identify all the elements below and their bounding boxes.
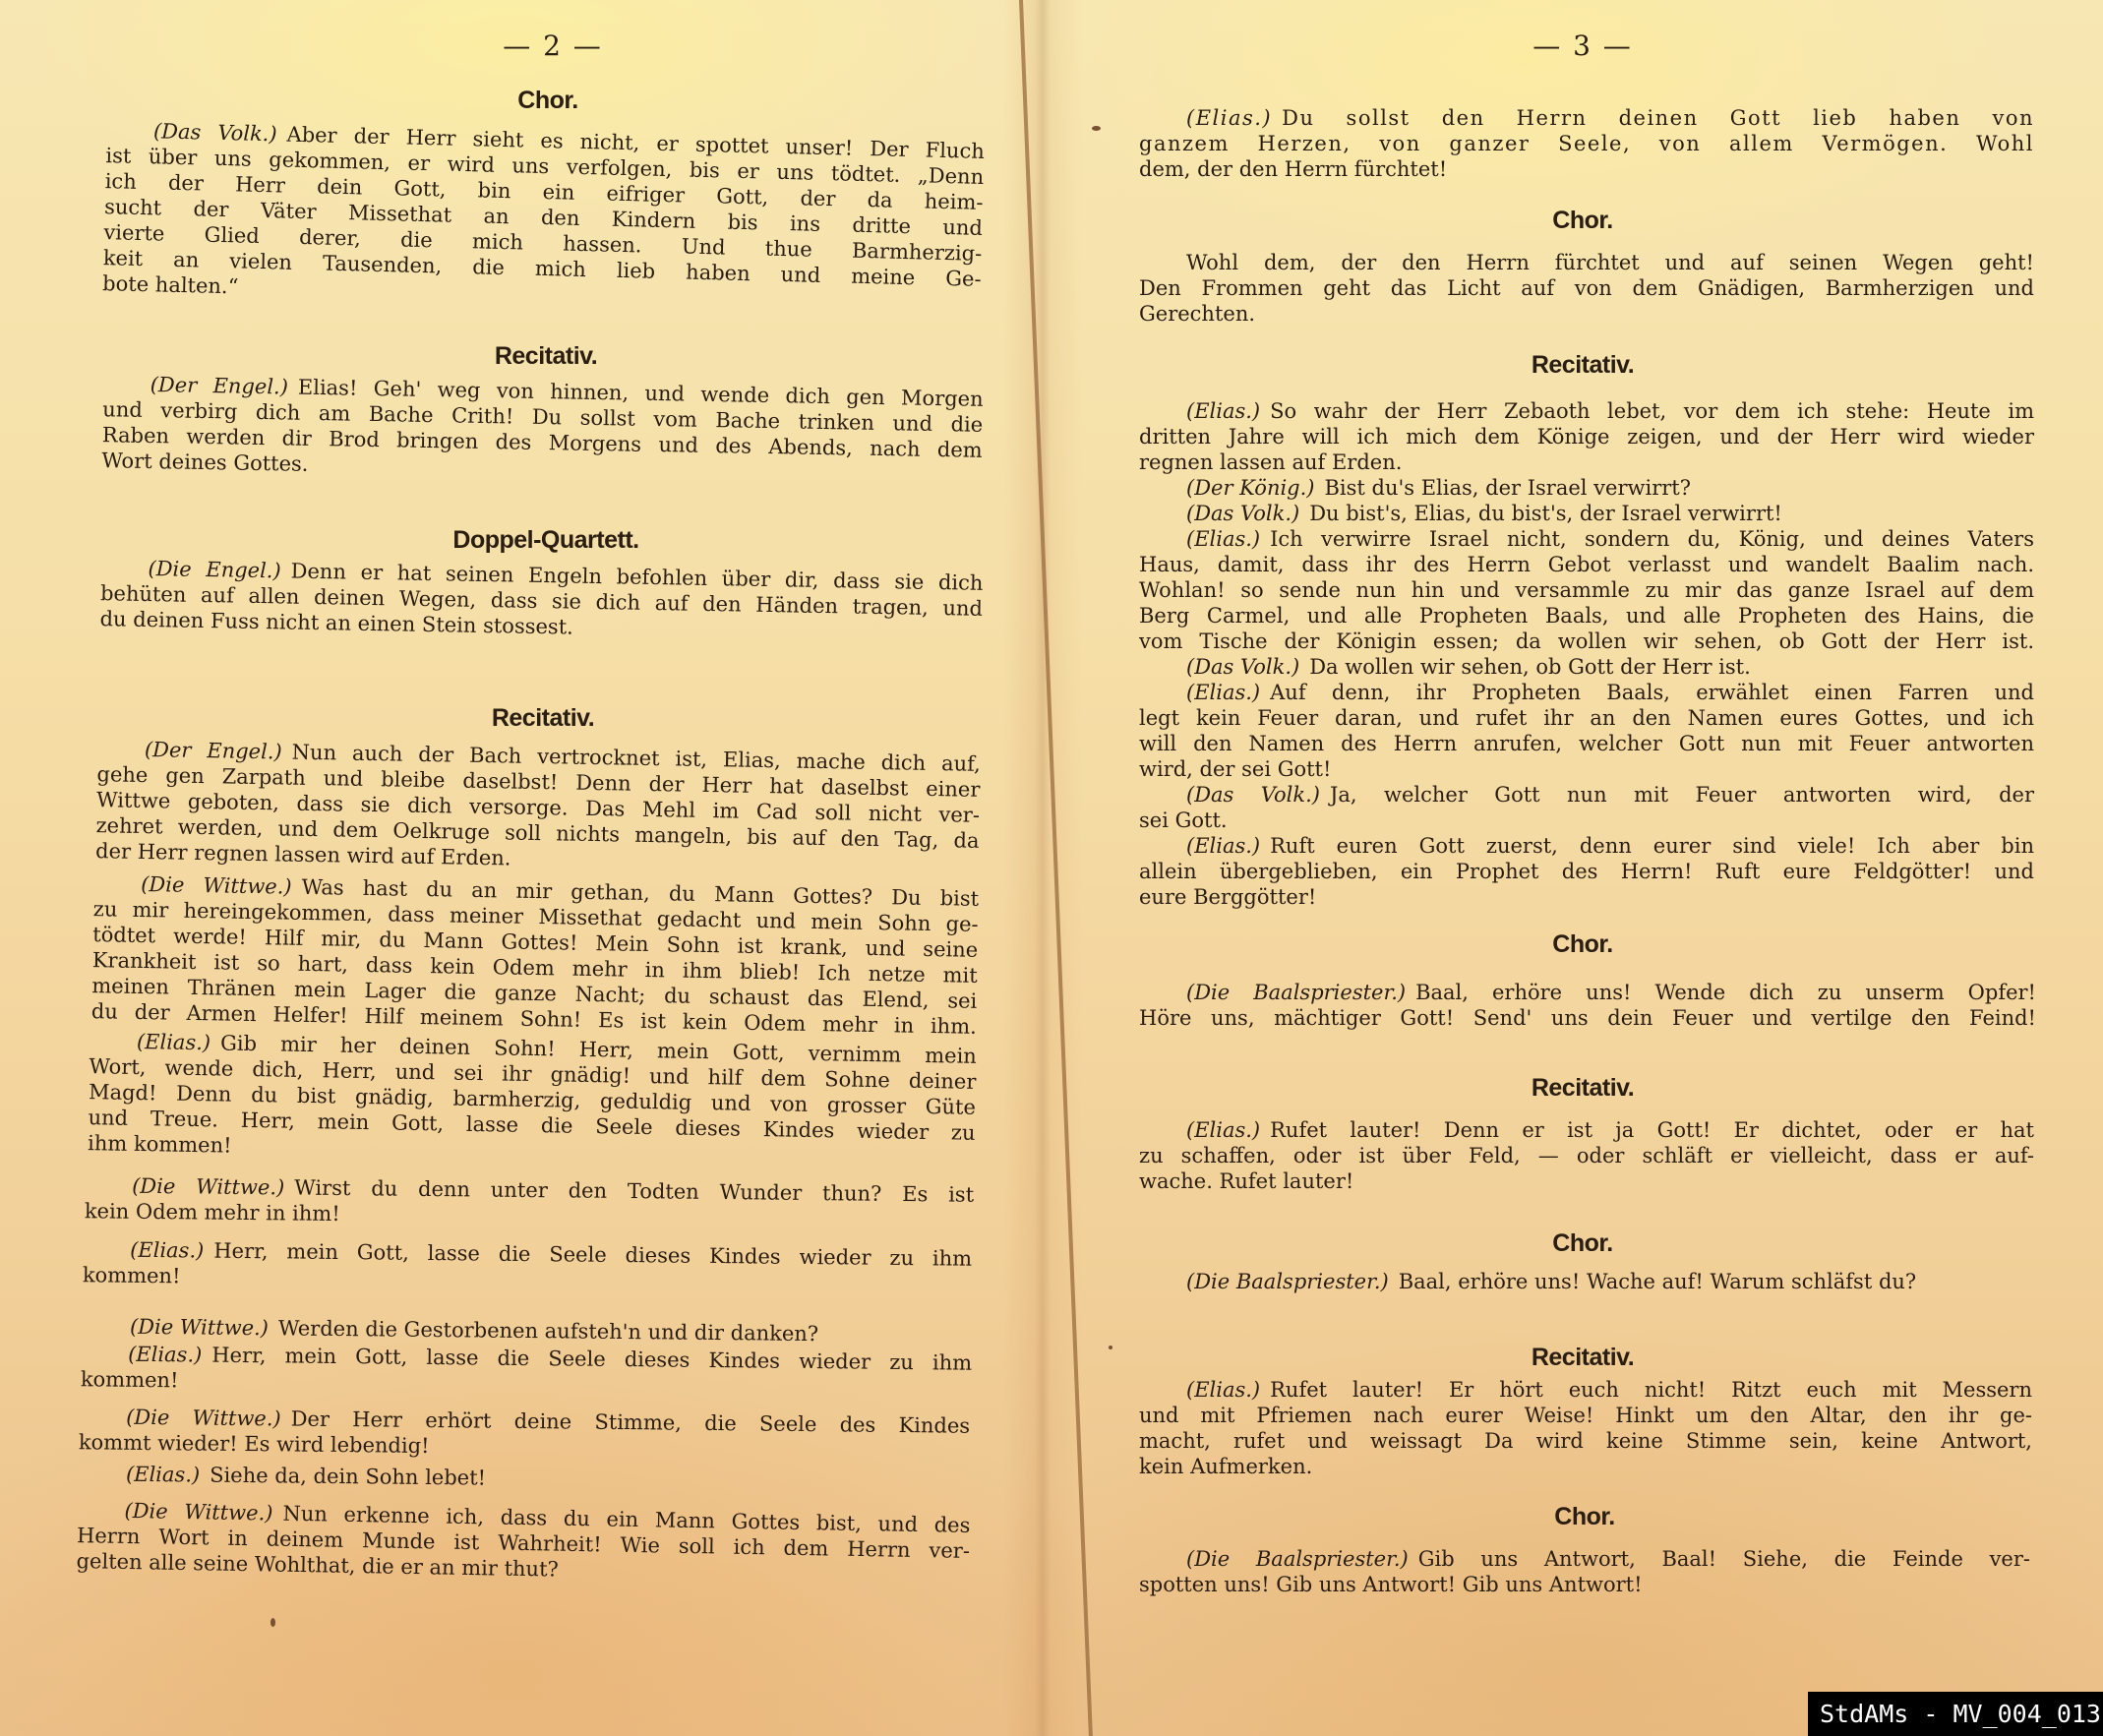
section-heading: Recitativ.	[1532, 351, 1634, 380]
text-line: kein Aufmerken.	[1139, 1454, 2032, 1479]
archive-id-label: StdAMs - MV_004_013	[1808, 1692, 2103, 1736]
text-line: Haus, damit, dass ihr des Herrn Gebot ve…	[1139, 552, 2034, 577]
text-line: (Elias.)Rufet lauter! Er hört euch nicht…	[1139, 1377, 2032, 1403]
paragraph: (Elias.)Gib mir her deinen Sohn! Herr, m…	[88, 1028, 977, 1171]
right-page: — 3 — (Elias.)Du sollst den Herrn deinen…	[1043, 0, 2103, 1736]
text-line: (Elias.)Auf denn, ihr Propheten Baals, e…	[1139, 680, 2034, 705]
section-heading: Recitativ.	[1532, 1344, 1634, 1372]
speaker-label: (Der Engel.)	[145, 738, 282, 763]
section-heading: Chor.	[1552, 1229, 1612, 1258]
paragraph: (Die Baalspriester.)Gib uns Antwort, Baa…	[1139, 1546, 2030, 1597]
speaker-label: (Elias.)	[1186, 527, 1260, 551]
text-line: (Das Volk.)Ja, welcher Gott nun mit Feue…	[1139, 782, 2034, 808]
paragraph: (Die Wittwe.)Was hast du an mir gethan, …	[91, 870, 980, 1040]
left-page: — 2 — Chor. (Das Volk.)Aber der Herr sie…	[0, 0, 1043, 1736]
section-heading: Chor.	[517, 87, 577, 115]
text-line: spotten uns! Gib uns Antwort! Gib uns An…	[1139, 1572, 2030, 1597]
text-line: (Die Baalspriester.)Baal, erhöre uns! We…	[1139, 980, 2036, 1005]
speaker-label: (Elias.)	[128, 1343, 202, 1367]
text-line: dem, der den Herrn fürchtet!	[1139, 156, 2034, 182]
paragraph: (Elias.)Du sollst den Herrn deinen Gott …	[1139, 105, 2034, 182]
paragraph: (Elias.)So wahr der Herr Zebaoth lebet, …	[1139, 398, 2034, 910]
text-line: Höre uns, mächtiger Gott! Send' uns dein…	[1139, 1005, 2036, 1031]
text-line: (Der König.)Bist du's Elias, der Israel …	[1139, 475, 2034, 501]
text-line: Gerechten.	[1139, 301, 2034, 327]
text-line: allein übergeblieben, ein Prophet des He…	[1139, 859, 2034, 884]
speaker-label: (Elias.)	[1186, 106, 1272, 130]
paragraph: (Die Wittwe.)Nun erkenne ich, dass du ei…	[76, 1497, 970, 1589]
speaker-label: (Der Engel.)	[150, 373, 289, 398]
paper-speck	[270, 1618, 275, 1627]
speaker-label: (Elias.)	[1186, 1118, 1260, 1142]
speaker-label: (Elias.)	[137, 1030, 211, 1054]
text-line: macht, rufet und weissagt Da wird keine …	[1139, 1428, 2032, 1454]
text-line: vom Tische der Königin essen; da wollen …	[1139, 629, 2034, 654]
text-line: ganzem Herzen, von ganzer Seele, von all…	[1139, 131, 2034, 156]
section-heading: Doppel-Quartett.	[452, 526, 638, 555]
speaker-label: (Elias.)	[126, 1463, 200, 1487]
text-line: (Elias.)Du sollst den Herrn deinen Gott …	[1139, 105, 2034, 131]
text-line: Berg Carmel, und alle Propheten Baals, u…	[1139, 603, 2034, 629]
paragraph: (Elias.)Herr, mein Gott, lasse die Seele…	[81, 1341, 972, 1401]
speaker-label: (Das Volk.)	[1186, 783, 1320, 807]
speaker-label: (Das Volk.)	[1186, 502, 1299, 525]
text-line: wird, der sei Gott!	[1139, 756, 2034, 782]
text-line: (Die Baalspriester.)Gib uns Antwort, Baa…	[1139, 1546, 2030, 1572]
section-heading: Chor.	[1554, 1503, 1614, 1531]
text-line: (Das Volk.)Du bist's, Elias, du bist's, …	[1139, 501, 2034, 526]
paragraph: (Elias.)Siehe da, dein Sohn lebet!	[79, 1461, 970, 1495]
speaker-label: (Elias.)	[1186, 834, 1260, 858]
text-line: (Die Baalspriester.)Baal, erhöre uns! Wa…	[1139, 1269, 2034, 1294]
paper-speck	[1092, 126, 1101, 131]
text-line: Den Frommen geht das Licht auf von dem G…	[1139, 275, 2034, 301]
paragraph: (Die Wittwe.)Wirst du denn unter den Tod…	[85, 1172, 974, 1232]
text-line: (Elias.)Siehe da, dein Sohn lebet!	[79, 1461, 970, 1495]
text-line: will den Namen des Herrn anrufen, welche…	[1139, 731, 2034, 756]
text-line: (Elias.)Ruft euren Gott zuerst, denn eur…	[1139, 833, 2034, 859]
text-line: (Elias.)So wahr der Herr Zebaoth lebet, …	[1139, 398, 2034, 424]
paragraph: (Das Volk.)Aber der Herr sieht es nicht,…	[102, 117, 985, 318]
text-line: eure Berggötter!	[1139, 884, 2034, 910]
section-heading: Recitativ.	[492, 704, 594, 733]
speaker-label: (Die Engel.)	[148, 557, 281, 582]
speaker-label: (Elias.)	[130, 1238, 204, 1263]
paragraph: (Elias.)Rufet lauter! Denn er ist ja Got…	[1139, 1117, 2034, 1194]
text-line: regnen lassen auf Erden.	[1139, 449, 2034, 475]
paragraph: (Elias.)Rufet lauter! Er hört euch nicht…	[1139, 1377, 2032, 1479]
speaker-label: (Die Wittwe.)	[130, 1315, 269, 1340]
section-heading: Recitativ.	[1532, 1074, 1634, 1103]
paragraph: (Die Baalspriester.)Baal, erhöre uns! We…	[1139, 980, 2036, 1031]
text-line: (Elias.)Rufet lauter! Denn er ist ja Got…	[1139, 1117, 2034, 1143]
page-number: — 2 —	[503, 30, 603, 62]
speaker-label: (Das Volk.)	[153, 119, 277, 146]
speaker-label: (Die Wittwe.)	[132, 1174, 284, 1200]
text-line: und mit Pfriemen nach eurer Weise! Hinkt…	[1139, 1403, 2032, 1428]
text-line: zu schaffen, oder ist über Feld, — oder …	[1139, 1143, 2034, 1168]
text-line: (Elias.)Ich verwirre Israel nicht, sonde…	[1139, 526, 2034, 552]
paragraph: (Der Engel.)Elias! Geh' weg von hinnen, …	[101, 371, 984, 489]
text-line: Wohlan! so sende nun hin und versammle z…	[1139, 577, 2034, 603]
speaker-label: (Die Wittwe.)	[124, 1499, 272, 1526]
section-heading: Chor.	[1552, 207, 1612, 235]
paragraph: (Die Wittwe.)Der Herr erhört deine Stimm…	[79, 1404, 970, 1464]
text-line: wache. Rufet lauter!	[1139, 1168, 2034, 1194]
speaker-label: (Die Baalspriester.)	[1186, 1270, 1389, 1293]
paragraph: Wohl dem, der den Herrn fürchtet und auf…	[1139, 250, 2034, 327]
speaker-label: (Das Volk.)	[1186, 655, 1299, 679]
speaker-label: (Elias.)	[1186, 681, 1260, 704]
paragraph: (Elias.)Herr, mein Gott, lasse die Seele…	[83, 1236, 972, 1296]
paper-speck	[1109, 1346, 1112, 1349]
speaker-label: (Die Baalspriester.)	[1186, 981, 1406, 1004]
speaker-label: (Elias.)	[1186, 1378, 1260, 1402]
speaker-label: (Die Wittwe.)	[141, 872, 292, 899]
text-line: (Das Volk.)Da wollen wir sehen, ob Gott …	[1139, 654, 2034, 680]
text-line: legt kein Feuer daran, und rufet ihr an …	[1139, 705, 2034, 731]
text-line: dritten Jahre will ich mich dem Könige z…	[1139, 424, 2034, 449]
text-line: sei Gott.	[1139, 808, 2034, 833]
text-line: Wohl dem, der den Herrn fürchtet und auf…	[1139, 250, 2034, 275]
section-heading: Chor.	[1552, 930, 1612, 959]
section-heading: Recitativ.	[495, 342, 597, 371]
speaker-label: (Elias.)	[1186, 399, 1260, 423]
speaker-label: (Der König.)	[1186, 476, 1315, 500]
page-number: — 3 —	[1532, 30, 1633, 62]
speaker-label: (Die Baalspriester.)	[1186, 1547, 1409, 1571]
speaker-label: (Die Wittwe.)	[126, 1406, 281, 1431]
paragraph: (Die Engel.)Denn er hat seinen Engeln be…	[99, 555, 983, 647]
paragraph: (Der Engel.)Nun auch der Bach vertrockne…	[95, 736, 981, 879]
paragraph: (Die Baalspriester.)Baal, erhöre uns! Wa…	[1139, 1269, 2034, 1294]
